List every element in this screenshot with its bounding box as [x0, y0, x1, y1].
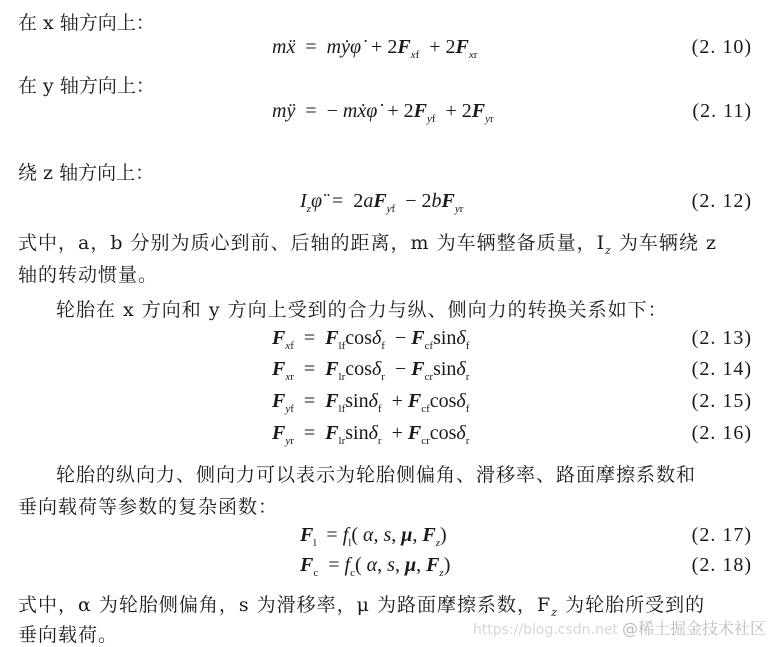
watermark: https://blog.csdn.net@稀土掘金技术社区 — [473, 616, 766, 639]
text-z-direction: 绕 z 轴方向上： — [18, 158, 154, 185]
equation-number-2-12: (2. 12) — [692, 190, 752, 213]
where-clause-1-text-cont: 为车辆绕 z — [612, 232, 717, 254]
function-intro-line-1: 轮胎的纵向力、侧向力可以表示为轮胎侧偏角、滑移率、路面摩擦系数和 — [56, 460, 696, 487]
equation-number-2-17: (2. 17) — [692, 524, 752, 547]
function-intro-line-2: 垂向载荷等参数的复杂函数： — [18, 492, 278, 519]
text-x-direction: 在 x 轴方向上： — [18, 8, 155, 35]
equation-number-2-16: (2. 16) — [692, 422, 752, 445]
equation-number-2-15: (2. 15) — [692, 390, 752, 413]
where-clause-2: 式中，α 为轮胎侧偏角，s 为滑移率，μ 为路面摩擦系数，Fz 为轮胎所受到的 — [18, 590, 705, 619]
equation-2-16: Fyr = Flrsinδr + Fcrcosδr — [272, 422, 469, 447]
where-clause-2-text: 式中，α 为轮胎侧偏角，s 为滑移率，μ 为路面摩擦系数，F — [18, 594, 551, 616]
watermark-url: https://blog.csdn.net — [473, 622, 618, 638]
equation-number-2-11: (2. 11) — [692, 100, 752, 123]
equation-2-18: Fc = fc( α, s, μ, Fz) — [300, 554, 450, 579]
watermark-label: @稀土掘金技术社区 — [622, 619, 766, 638]
equation-number-2-10: (2. 10) — [692, 36, 752, 59]
text-y-direction: 在 y 轴方向上： — [18, 71, 155, 98]
where-clause-1-text: 式中，a，b 分别为质心到前、后轴的距离，m 为车辆整备质量，I — [18, 232, 605, 254]
where-clause-1-end: 轴的转动惯量。 — [18, 260, 158, 287]
equation-2-13: Fxf = Flfcosδf − Fcfsinδf — [272, 327, 469, 352]
tire-force-intro: 轮胎在 x 方向和 y 方向上受到的合力与纵、侧向力的转换关系如下： — [56, 295, 668, 322]
equation-2-15: Fyf = Flfsinδf + Fcfcosδf — [272, 390, 469, 415]
equation-2-14: Fxr = Flrcosδr − Fcrsinδr — [272, 358, 469, 383]
equation-2-12: Izφ̈ = 2aFyf − 2bFyr — [300, 190, 463, 215]
where-clause-1: 式中，a，b 分别为质心到前、后轴的距离，m 为车辆整备质量，Iz 为车辆绕 z — [18, 228, 717, 257]
equation-number-2-18: (2. 18) — [692, 554, 752, 577]
equation-2-10: mẍ = mẏφ̇ + 2Fxf + 2Fxr — [272, 36, 477, 61]
equation-number-2-14: (2. 14) — [692, 358, 752, 381]
equation-2-17: Fl = fl( α, s, μ, Fz) — [300, 524, 447, 549]
equation-number-2-13: (2. 13) — [692, 327, 752, 350]
equation-2-11: mÿ = − mẋφ̇ + 2Fyf + 2Fyr — [272, 100, 494, 125]
where-clause-2-text-cont: 为轮胎所受到的 — [558, 594, 705, 616]
where-clause-2-end: 垂向载荷。 — [18, 620, 118, 647]
